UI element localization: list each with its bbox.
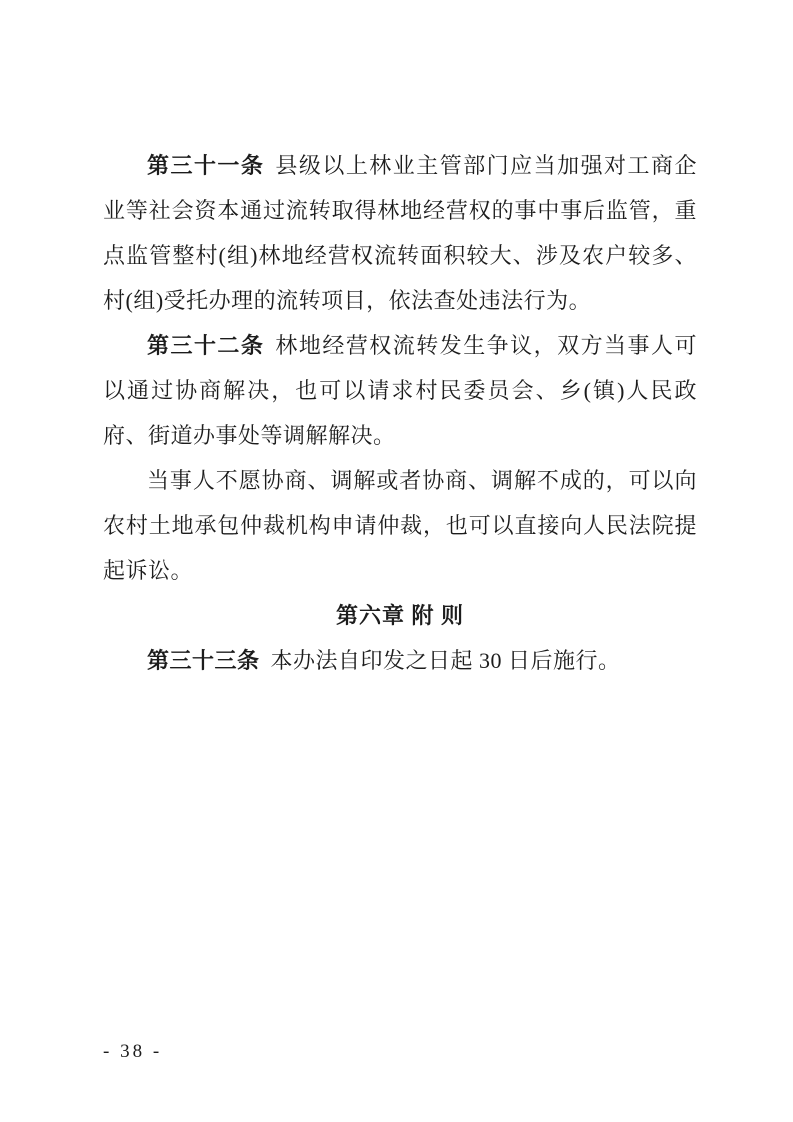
article-31-label: 第三十一条 — [147, 153, 264, 178]
dispute-resolution-text: 当事人不愿协商、调解或者协商、调解不成的，可以向农村土地承包仲裁机构申请仲裁，也… — [103, 468, 697, 583]
article-32-label: 第三十二条 — [147, 333, 264, 358]
page-number: - 38 - — [103, 1040, 162, 1064]
article-33-label: 第三十三条 — [147, 648, 260, 673]
article-31-paragraph: 第三十一条县级以上林业主管部门应当加强对工商企业等社会资本通过流转取得林地经营权… — [103, 143, 697, 323]
document-body: 第三十一条县级以上林业主管部门应当加强对工商企业等社会资本通过流转取得林地经营权… — [103, 143, 697, 683]
chapter-heading: 第六章 附 则 — [103, 593, 697, 638]
article-32-paragraph: 第三十二条林地经营权流转发生争议，双方当事人可以通过协商解决，也可以请求村民委员… — [103, 323, 697, 458]
document-page: 第三十一条县级以上林业主管部门应当加强对工商企业等社会资本通过流转取得林地经营权… — [0, 0, 793, 1122]
article-33-paragraph: 第三十三条本办法自印发之日起 30 日后施行。 — [103, 638, 697, 683]
article-33-text: 本办法自印发之日起 30 日后施行。 — [271, 648, 621, 673]
dispute-resolution-paragraph: 当事人不愿协商、调解或者协商、调解不成的，可以向农村土地承包仲裁机构申请仲裁，也… — [103, 458, 697, 593]
